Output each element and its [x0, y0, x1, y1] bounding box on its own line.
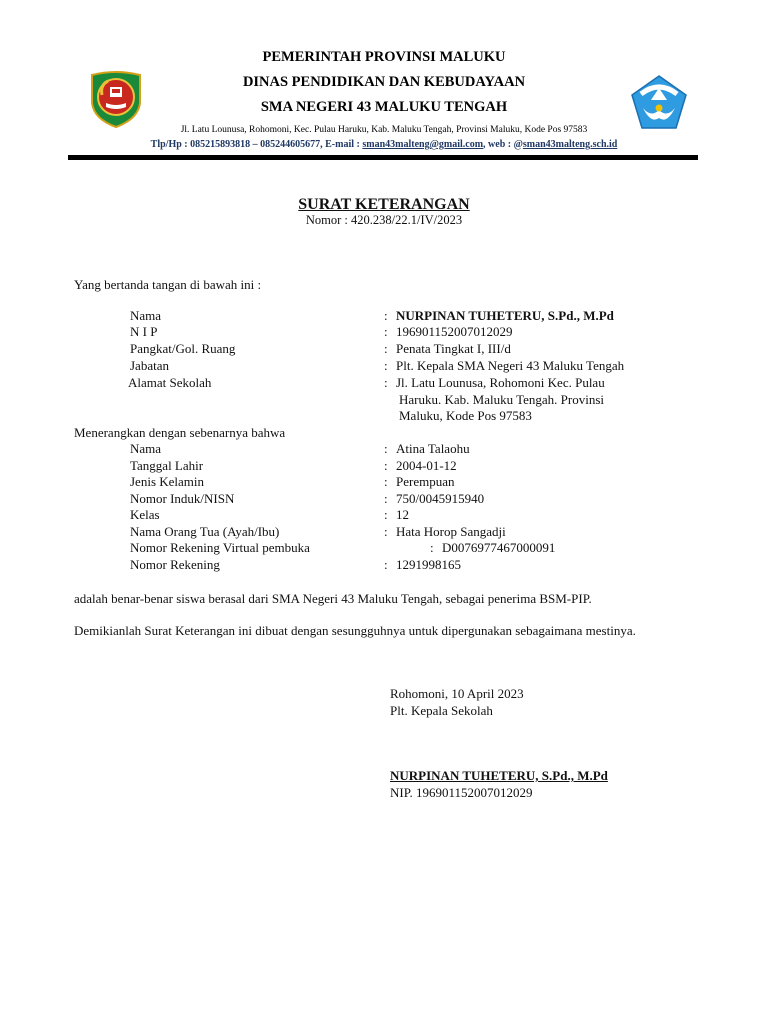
colon: : — [384, 441, 388, 457]
student-label-parent: Nama Orang Tua (Ayah/Ibu) — [130, 524, 279, 540]
letterhead-contact: Tlp/Hp : 085215893818 – 085244605677, E-… — [0, 139, 768, 150]
contact-phone: Tlp/Hp : 085215893818 – 085244605677, E-… — [151, 139, 363, 150]
student-value-nisn: 750/0045915940 — [396, 491, 484, 507]
signature-name: NURPINAN TUHETERU, S.Pd., M.Pd — [390, 768, 608, 784]
signer-value-position: Plt. Kepala SMA Negeri 43 Maluku Tengah — [396, 358, 624, 374]
signer-label-address: Alamat Sekolah — [128, 375, 211, 391]
email-link[interactable]: sman43malteng@gmail.com — [362, 139, 483, 150]
website-link[interactable]: sman43malteng.sch.id — [523, 139, 617, 150]
letterhead-government: PEMERINTAH PROVINSI MALUKU — [0, 49, 768, 66]
student-value-gender: Perempuan — [396, 474, 454, 490]
student-label-name: Nama — [130, 441, 161, 457]
signer-value-address-line3: Maluku, Kode Pos 97583 — [399, 408, 532, 424]
student-value-class: 12 — [396, 507, 409, 523]
colon: : — [384, 524, 388, 540]
student-label-virtual-account: Nomor Rekening Virtual pembuka — [130, 540, 310, 556]
colon: : — [384, 375, 388, 391]
body-paragraph-1: adalah benar-benar siswa berasal dari SM… — [74, 591, 700, 607]
signer-value-rank: Penata Tingkat I, III/d — [396, 341, 511, 357]
colon: : — [384, 557, 388, 573]
student-value-parent: Hata Horop Sangadji — [396, 524, 506, 540]
letterhead-divider — [68, 155, 698, 160]
signer-label-nip: N I P — [130, 324, 157, 340]
student-label-class: Kelas — [130, 507, 160, 523]
letterhead-department: DINAS PENDIDIKAN DAN KEBUDAYAAN — [0, 74, 768, 91]
signer-label-rank: Pangkat/Gol. Ruang — [130, 341, 235, 357]
letterhead-address: Jl. Latu Lounusa, Rohomoni, Kec. Pulau H… — [0, 125, 768, 135]
student-value-birthdate: 2004-01-12 — [396, 458, 457, 474]
student-value-account: 1291998165 — [396, 557, 461, 573]
signer-value-address-line2: Haruku. Kab. Maluku Tengah. Provinsi — [399, 392, 604, 408]
colon: : — [384, 474, 388, 490]
signature-position: Plt. Kepala Sekolah — [390, 703, 493, 719]
signer-label-name: Nama — [130, 308, 161, 324]
statement-text: Menerangkan dengan sebenarnya bahwa — [74, 425, 285, 441]
colon: : — [384, 324, 388, 340]
signer-value-nip: 196901152007012029 — [396, 324, 513, 340]
body-paragraph-2: Demikianlah Surat Keterangan ini dibuat … — [74, 623, 700, 639]
colon: : — [384, 491, 388, 507]
student-label-gender: Jenis Kelamin — [130, 474, 204, 490]
student-label-nisn: Nomor Induk/NISN — [130, 491, 234, 507]
signature-place-date: Rohomoni, 10 April 2023 — [390, 686, 524, 702]
student-label-birthdate: Tanggal Lahir — [130, 458, 203, 474]
colon: : — [384, 458, 388, 474]
colon: : — [430, 540, 434, 556]
web-prefix: , web : @ — [483, 139, 523, 150]
signer-label-position: Jabatan — [130, 358, 169, 374]
signer-value-name: NURPINAN TUHETERU, S.Pd., M.Pd — [396, 308, 614, 324]
intro-text: Yang bertanda tangan di bawah ini : — [74, 277, 261, 293]
colon: : — [384, 358, 388, 374]
student-value-virtual-account: D0076977467000091 — [442, 540, 555, 556]
signature-nip: NIP. 196901152007012029 — [390, 785, 533, 801]
student-label-account: Nomor Rekening — [130, 557, 220, 573]
letterhead-school: SMA NEGERI 43 MALUKU TENGAH — [0, 99, 768, 116]
document-number: Nomor : 420.238/22.1/IV/2023 — [0, 213, 768, 228]
colon: : — [384, 507, 388, 523]
signer-value-address-line1: Jl. Latu Lounusa, Rohomoni Kec. Pulau — [396, 375, 605, 391]
student-value-name: Atina Talaohu — [396, 441, 470, 457]
document-title: SURAT KETERANGAN — [0, 196, 768, 214]
colon: : — [384, 341, 388, 357]
colon: : — [384, 308, 388, 324]
